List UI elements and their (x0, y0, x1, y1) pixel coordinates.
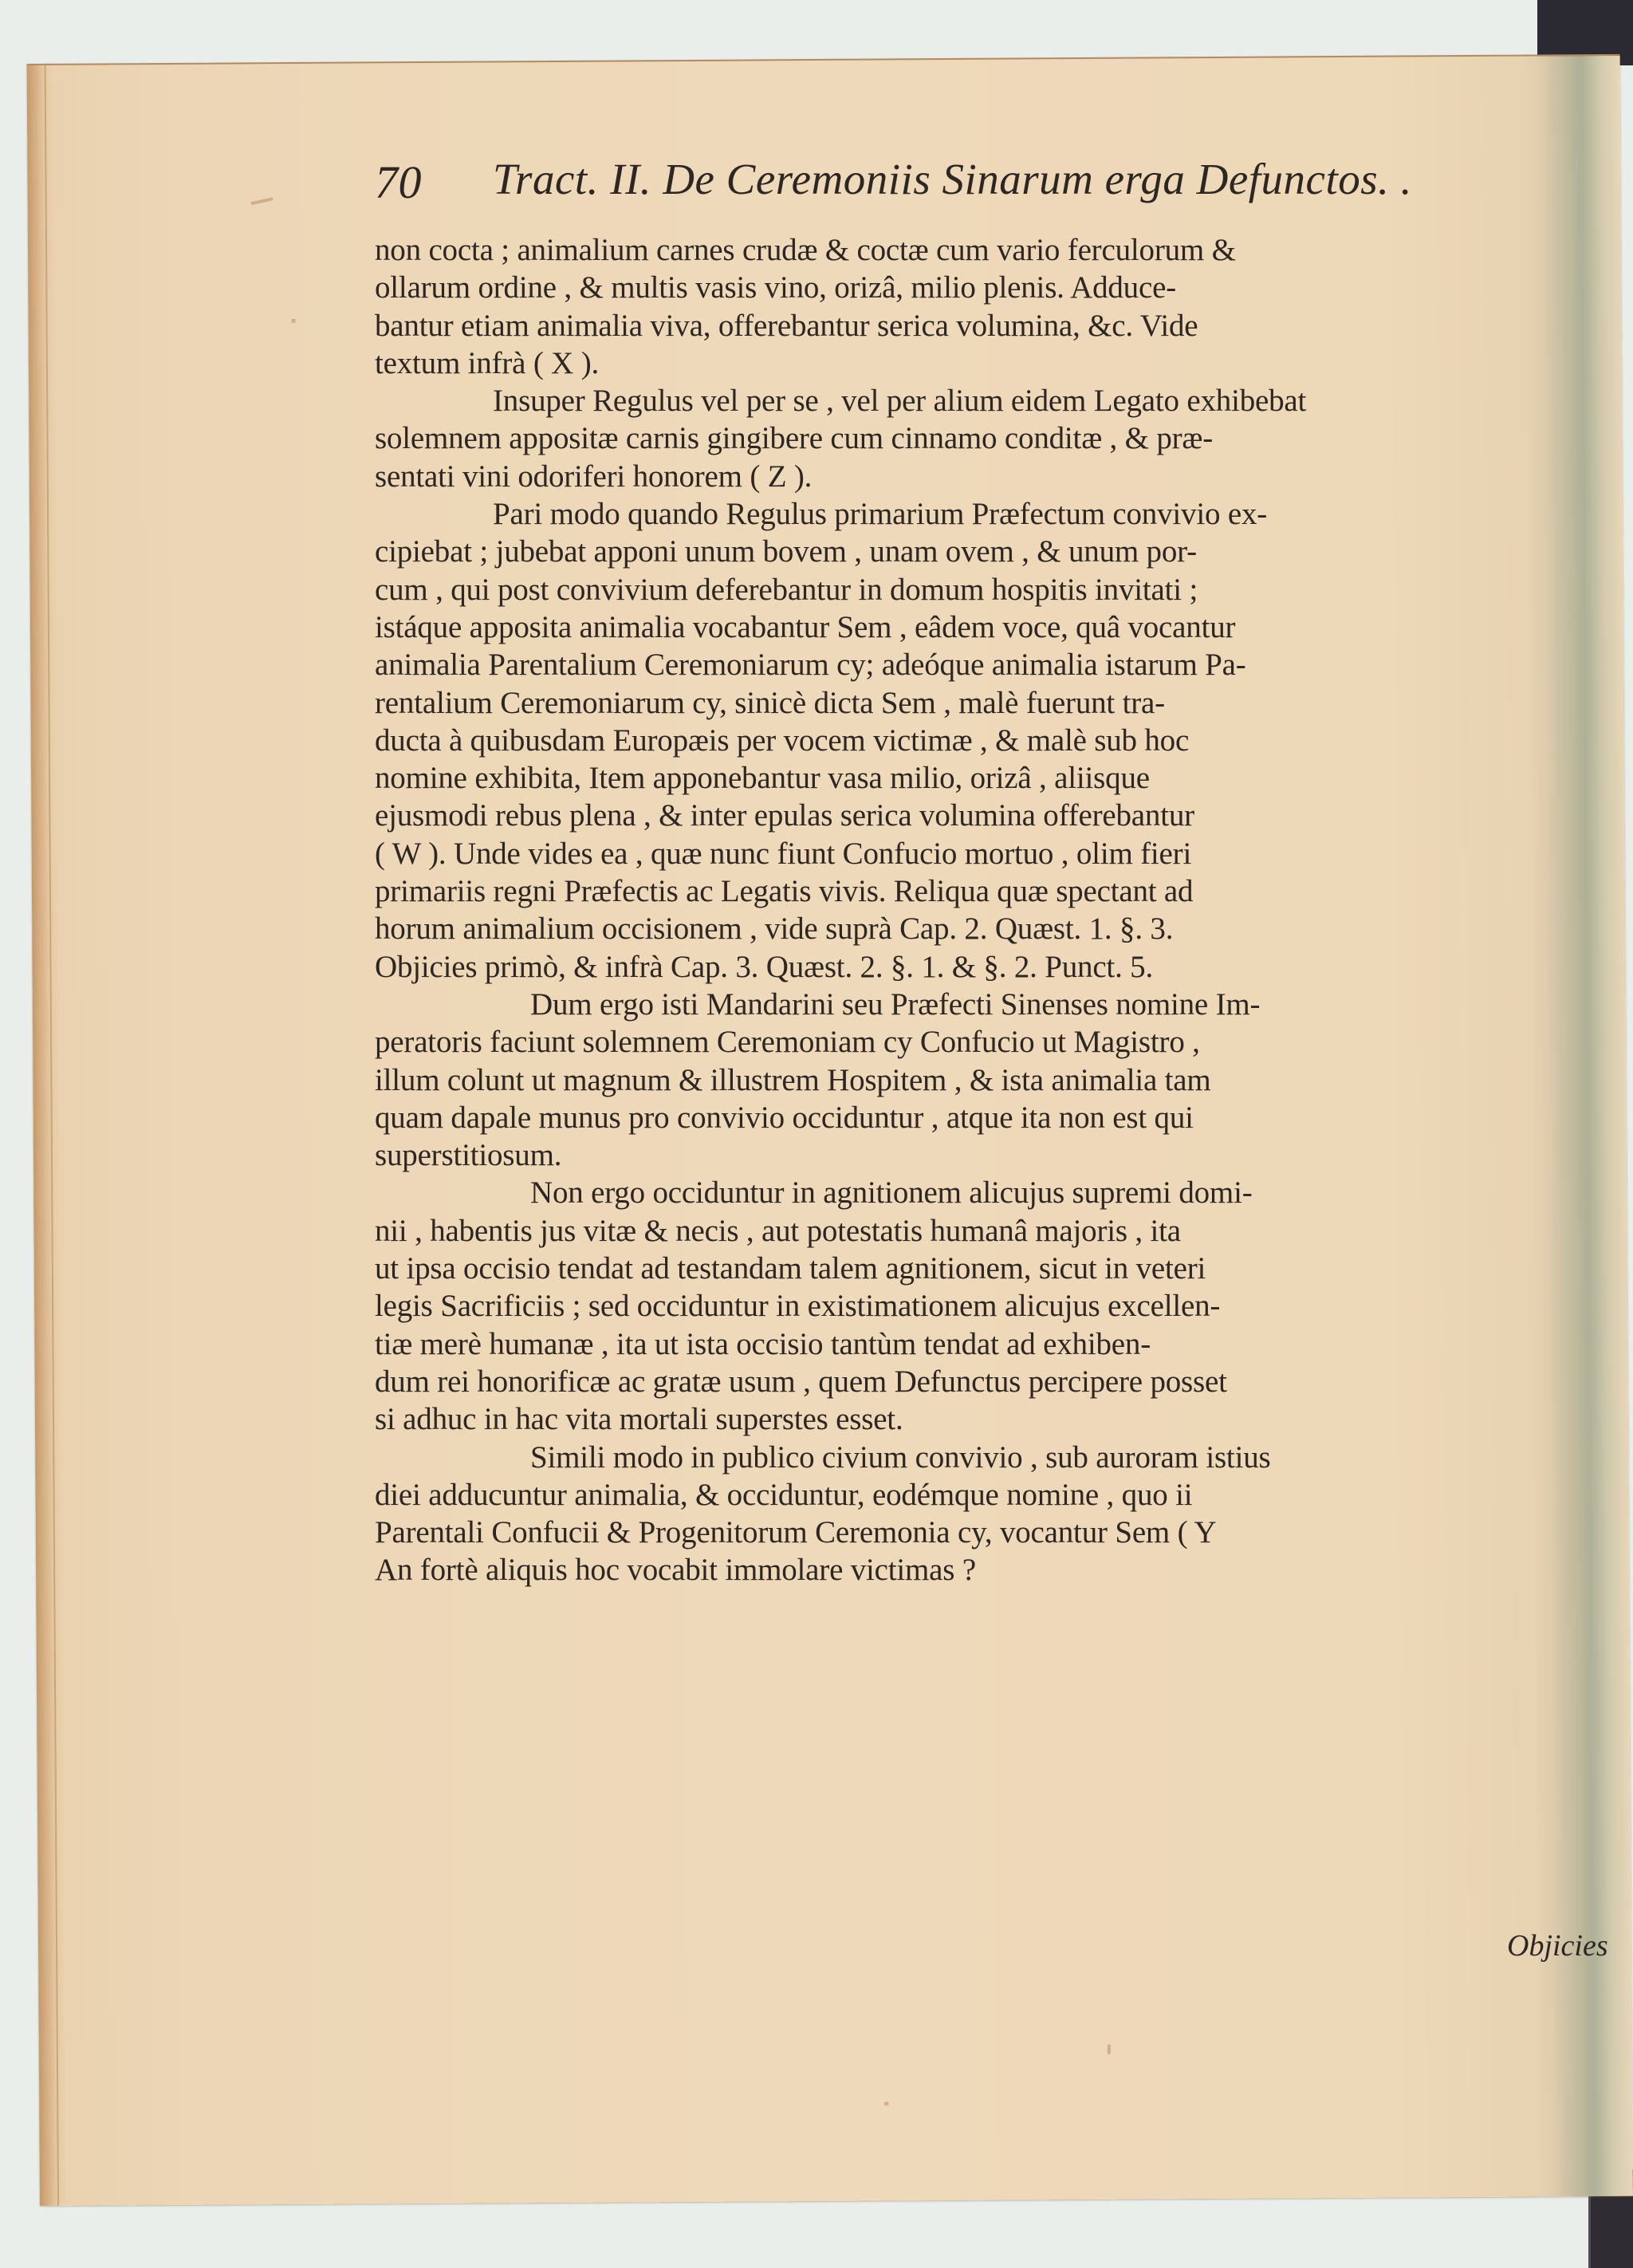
text-line: illum colunt ut magnum & illustrem Hospi… (375, 1061, 1633, 1099)
text-line: cipiebat ; jubebat apponi unum bovem , u… (375, 533, 1633, 570)
text-line: ( W ). Unde vides ea , quæ nunc fiunt Co… (375, 835, 1633, 872)
text-line: quam dapale munus pro convivio occiduntu… (375, 1099, 1633, 1136)
text-line: tiæ merè humanæ , ita ut ista occisio ta… (375, 1325, 1633, 1363)
paper-speck (1108, 2045, 1111, 2054)
running-header: 70 Tract. II. De Ceremoniis Sinarum erga… (375, 148, 1633, 223)
text-line: solemnem appositæ carnis gingibere cum c… (375, 419, 1633, 457)
text-line: si adhuc in hac vita mortali superstes e… (375, 1400, 1633, 1438)
text-line: Parentali Confucii & Progenitorum Ceremo… (375, 1514, 1633, 1551)
text-line: superstitiosum. (375, 1136, 1633, 1174)
text-line: nii , habentis jus vitæ & necis , aut po… (375, 1212, 1633, 1250)
text-line: Insuper Regulus vel per se , vel per ali… (375, 382, 1633, 419)
page-edge (45, 65, 59, 2206)
body-text: non cocta ; animalium carnes crudæ & coc… (375, 231, 1633, 1589)
text-line: primariis regni Præfectis ac Legatis viv… (375, 872, 1633, 910)
text-line: horum animalium occisionem , vide suprà … (375, 910, 1633, 947)
text-line: ut ipsa occisio tendat ad testandam tale… (375, 1250, 1633, 1287)
text-line: Non ergo occiduntur in agnitionem alicuj… (375, 1174, 1633, 1211)
text-line: Dum ergo isti Mandarini seu Præfecti Sin… (375, 986, 1633, 1023)
text-line: Simili modo in publico civium convivio ,… (375, 1439, 1633, 1476)
text-line: animalia Parentalium Ceremoniarum cy; ad… (375, 646, 1633, 683)
page-number: 70 (375, 156, 422, 209)
text-line: ducta à quibusdam Europæis per vocem vic… (375, 722, 1633, 759)
text-line: bantur etiam animalia viva, offerebantur… (375, 307, 1633, 345)
text-line: ollarum ordine , & multis vasis vino, or… (375, 269, 1633, 306)
text-line: nomine exhibita, Item apponebantur vasa … (375, 759, 1633, 797)
paper-speck (292, 319, 296, 323)
text-line: cum , qui post convivium deferebantur in… (375, 571, 1633, 608)
text-line: textum infrà ( X ). (375, 345, 1633, 382)
text-block: 70 Tract. II. De Ceremoniis Sinarum erga… (375, 148, 1633, 1589)
catchword: Objicies (1507, 1928, 1608, 1963)
text-line: ejusmodi rebus plena , & inter epulas se… (375, 797, 1633, 834)
text-line: diei adducuntur animalia, & occiduntur, … (375, 1476, 1633, 1514)
text-line: dum rei honorificæ ac gratæ usum , quem … (375, 1363, 1633, 1400)
text-line: non cocta ; animalium carnes crudæ & coc… (375, 231, 1633, 269)
text-line: Pari modo quando Regulus primarium Præfe… (375, 495, 1633, 533)
text-line: Objicies primò, & infrà Cap. 3. Quæst. 2… (375, 948, 1633, 986)
text-line: istáque apposita animalia vocabantur Sem… (375, 608, 1633, 646)
paper-speck (884, 2101, 888, 2105)
text-line: An fortè aliquis hoc vocabit immolare vi… (375, 1551, 1633, 1589)
text-line: rentalium Ceremoniarum cy, sinicè dicta … (375, 684, 1633, 722)
text-line: peratoris faciunt solemnem Ceremoniam cy… (375, 1023, 1633, 1061)
text-line: legis Sacrificiis ; sed occiduntur in ex… (375, 1287, 1633, 1325)
text-line: sentati vini odoriferi honorem ( Z ). (375, 458, 1633, 495)
running-title: Tract. II. De Ceremoniis Sinarum erga De… (493, 154, 1412, 204)
paper-speck (251, 197, 273, 205)
